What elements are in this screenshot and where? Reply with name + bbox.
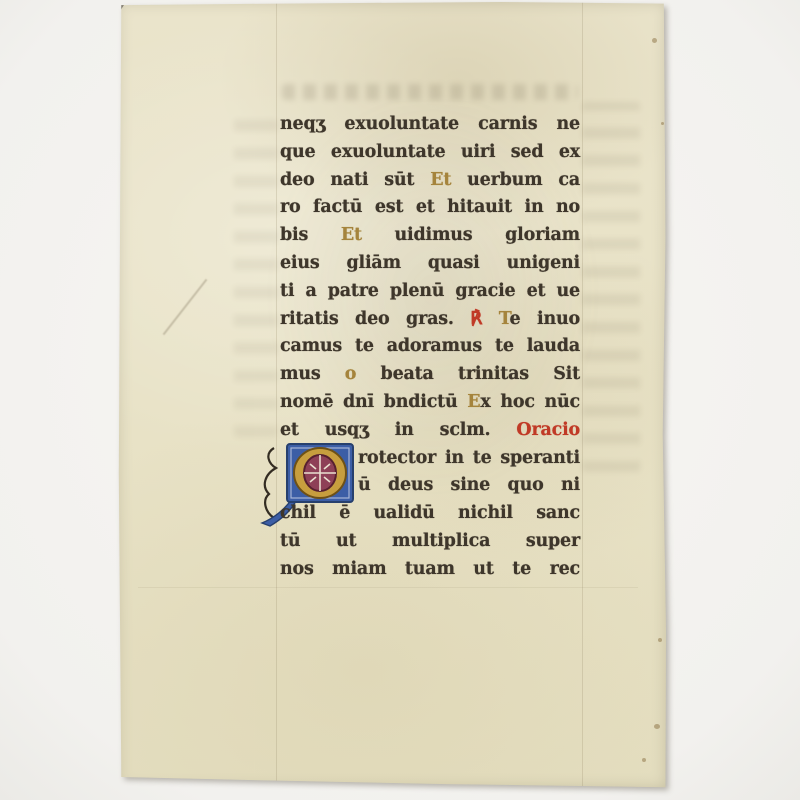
text-segment-red: ℟ <box>470 309 498 329</box>
manuscript-line-3: deo nati sūt Et uerbum ca <box>280 167 580 195</box>
text-segment-ink: nos miam tuam ut te rec <box>280 559 580 579</box>
foxing-spot <box>654 724 660 729</box>
manuscript-line-17: nos miam tuam ut te rec <box>280 556 580 584</box>
text-segment-ink: uidimus gloriam <box>362 225 580 245</box>
text-segment-ink: ro factū est et hitauit in no <box>280 197 580 217</box>
text-segment-gold: T <box>499 309 510 329</box>
text-segment-ink: deo nati sūt <box>280 170 430 190</box>
manuscript-line-16: tū ut multiplica super <box>280 528 580 556</box>
foxing-spot <box>661 122 664 125</box>
manuscript-line-11: nomē dnī bndictū Ex hoc nūc <box>280 389 580 417</box>
manuscript-leaf: neqʒ exuoluntate carnis neque exuoluntat… <box>118 2 666 788</box>
text-segment-ink: eius gliām quasi unigeni <box>280 253 580 273</box>
vellum-scratch <box>163 279 208 335</box>
manuscript-line-2: que exuoluntate uiri sed ex <box>280 139 580 167</box>
text-segment-ink: camus te adoramus te lauda <box>280 336 580 356</box>
manuscript-line-1: neqʒ exuoluntate carnis ne <box>280 111 580 139</box>
text-segment-ink: et usqʒ in sclm. <box>280 420 516 440</box>
vellum-surface: neqʒ exuoluntate carnis neque exuoluntat… <box>118 2 666 788</box>
text-segment-gold: E <box>467 392 480 412</box>
pen-flourish <box>265 448 276 518</box>
text-segment-ink: que exuoluntate uiri sed ex <box>280 142 580 162</box>
text-segment-ink: uerbum ca <box>451 170 580 190</box>
manuscript-line-5: bis Et uidimus gloriam <box>280 222 580 250</box>
text-segment-red: Oracio <box>516 420 580 440</box>
text-segment-ink: tū ut multiplica super <box>280 531 580 551</box>
text-segment-ink: rotector in te speranti <box>358 448 580 468</box>
photo-background: neqʒ exuoluntate carnis neque exuoluntat… <box>0 0 800 800</box>
show-through-text-left <box>234 107 278 437</box>
manuscript-line-10: mus o beata trinitas Sit <box>280 361 580 389</box>
manuscript-line-8: ritatis deo gras. ℟ Te inuo <box>280 306 580 334</box>
manuscript-line-15: chil ē ualidū nichil sanc <box>280 500 580 528</box>
foxing-spot <box>658 638 662 642</box>
show-through-text-right <box>582 102 640 472</box>
text-segment-ink: chil ē ualidū nichil sanc <box>280 503 580 523</box>
text-segment-gold: Et <box>430 170 451 190</box>
foxing-spot <box>652 38 657 43</box>
manuscript-line-4: ro factū est et hitauit in no <box>280 194 580 222</box>
foxing-spot <box>642 758 646 762</box>
text-segment-gold: Et <box>341 225 362 245</box>
text-segment-ink: ritatis deo gras. <box>280 309 470 329</box>
text-segment-ink: nomē dnī bndictū <box>280 392 467 412</box>
text-segment-gold: o <box>345 364 356 384</box>
manuscript-line-9: camus te adoramus te lauda <box>280 333 580 361</box>
manuscript-line-6: eius gliām quasi unigeni <box>280 250 580 278</box>
manuscript-line-14: ū deus sine quo ni <box>280 472 580 500</box>
text-segment-ink: ū deus sine quo ni <box>358 475 580 495</box>
manuscript-line-12: et usqʒ in sclm. Oracio <box>280 417 580 445</box>
manuscript-line-13: rotector in te speranti <box>280 445 580 473</box>
corner-speck <box>118 2 126 14</box>
show-through-text-top <box>282 84 578 100</box>
text-segment-ink: e inuo <box>510 309 580 329</box>
text-segment-ink: x hoc nūc <box>480 392 580 412</box>
text-segment-ink: bis <box>280 225 341 245</box>
text-segment-ink: neqʒ exuoluntate carnis ne <box>280 114 580 134</box>
manuscript-line-7: ti a patre plenū gracie et ue <box>280 278 580 306</box>
text-block: neqʒ exuoluntate carnis neque exuoluntat… <box>280 111 580 587</box>
ruling-line-bottom <box>138 587 638 588</box>
text-segment-ink: mus <box>280 364 345 384</box>
text-segment-ink: beata trinitas Sit <box>356 364 580 384</box>
text-segment-ink: ti a patre plenū gracie et ue <box>280 281 580 301</box>
